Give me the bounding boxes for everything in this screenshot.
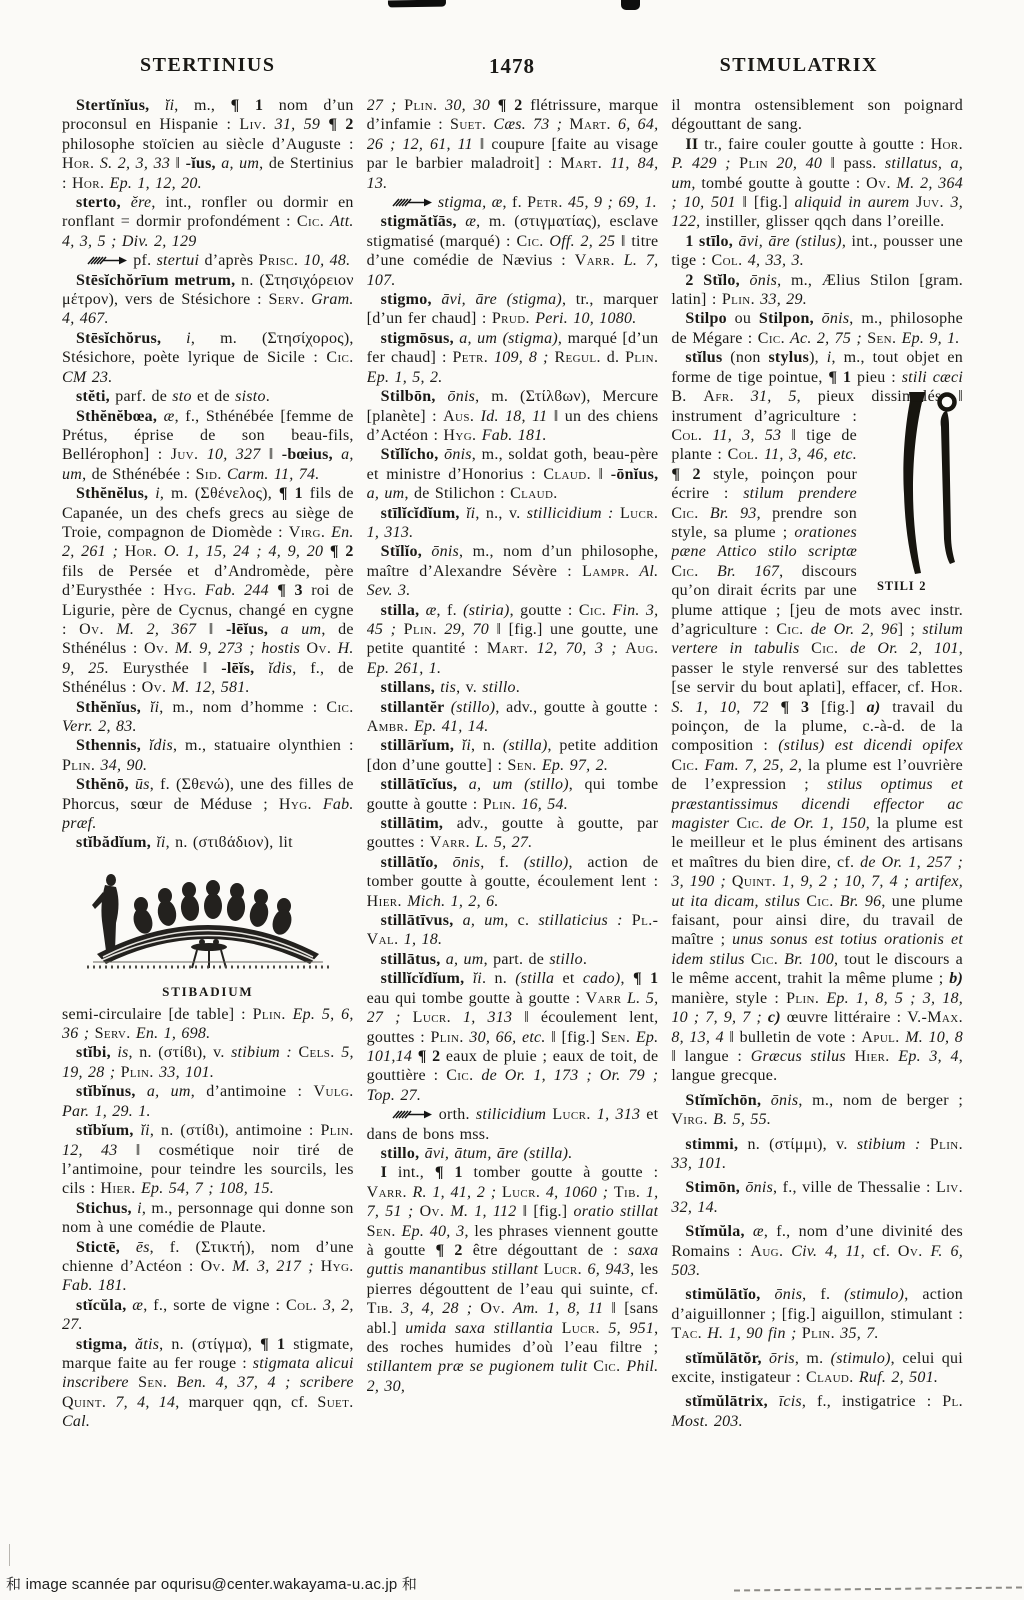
text-run: , n., v. (475, 505, 526, 522)
text-run: Hor. (931, 679, 963, 696)
text-run: Lucr. (620, 505, 658, 522)
text-run: ĭdis (149, 737, 173, 754)
text-run: ‖ bulletin de vote : (729, 1029, 861, 1046)
text-run: , part. de (484, 951, 550, 968)
text-run: Stēsĭchŏrīum metrum, (76, 272, 241, 289)
dictionary-entry: stigma, æ, f. Petr. 45, 9 ; 69, 1. (367, 193, 659, 212)
text-run: Plin. (483, 796, 516, 813)
text-run: ‖ (175, 155, 185, 172)
text-run: Suet. (317, 1394, 353, 1411)
text-run: Mich. 1, 2, 6. (402, 893, 499, 910)
dictionary-entry: il montra ostensiblement son poignard dé… (671, 96, 963, 135)
text-run: 20, 40 (768, 155, 831, 172)
text-run: a, um (367, 485, 405, 502)
text-run: , c. (504, 912, 538, 929)
text-run: , n. (στιϐάδιον), lit (166, 834, 293, 851)
remark-arrow-icon (86, 251, 128, 270)
text-run: ĭi (140, 1122, 149, 1139)
text-run: Sen. (138, 1374, 167, 1391)
text-run: Sen. (867, 330, 896, 347)
text-run: ōnis (447, 388, 475, 405)
text-run: Ep. 40, 3 (396, 1223, 465, 1240)
text-run: cado) (583, 970, 621, 987)
text-run: Stĭmŭla, (685, 1223, 753, 1240)
text-run: ¶ 2 (330, 543, 354, 560)
dictionary-entry: II tr., faire couler goutte à goutte : H… (671, 135, 963, 232)
dictionary-entry: stigmo, āvi, āre (stigma), tr., marquer … (367, 290, 659, 329)
text-run: stigmōsus, (381, 330, 460, 347)
text-run: Ben. 4, 37, 4 ; scribere (167, 1374, 353, 1391)
text-run: Sen. (601, 1029, 630, 1046)
text-run: stillātīvus, (381, 912, 463, 929)
text-run: stilicidium (476, 1106, 552, 1123)
text-run: Plin. (121, 1064, 154, 1081)
text-run: 8, 13, 4 (671, 1029, 729, 1046)
text-run: stillārĭum, (381, 737, 462, 754)
text-run: stimŭlātĭo, (685, 1286, 774, 1303)
text-run: , v. (456, 679, 482, 696)
text-run: -ōnĭus, (611, 466, 659, 483)
text-run: Apul. (861, 1029, 899, 1046)
text-run: ōnis (822, 310, 850, 327)
text-run: ĭi (466, 505, 475, 522)
text-run: Lampr. (582, 563, 629, 580)
text-run: Liv. (239, 116, 266, 133)
text-run: En. 1, 698. (131, 1025, 211, 1042)
dictionary-entry: Sthĕnō, ūs, f. (Σθενώ), une des filles d… (62, 775, 354, 833)
text-run: Hyg. (443, 427, 476, 444)
dictionary-entry: stillātīcĭus, a, um (stillo), qui tombe … (367, 775, 659, 814)
text-run: stillantem præ se pugionem tulit (367, 1358, 594, 1375)
text-run: Stictē, (76, 1239, 136, 1256)
text-run: Fab. 244 (197, 582, 278, 599)
text-run: œuvre littéraire : (787, 1009, 907, 1026)
text-run: sto (172, 388, 191, 405)
text-run: Quint. (62, 1394, 106, 1411)
text-run: CM 23. (62, 369, 113, 386)
text-run: Serv. (268, 291, 304, 308)
text-run: ĭi (473, 970, 482, 987)
text-run: stillicidium : (527, 505, 620, 522)
text-run: stigma, (76, 1336, 135, 1353)
dictionary-entry: stillārĭum, ĭi, n. (stilla), petite addi… (367, 736, 659, 775)
text-run: Stĭlĭo, (381, 543, 432, 560)
text-run: Am. 1, 8, 11 (505, 1300, 611, 1317)
text-run: Plin. (320, 1122, 353, 1139)
text-run: ĭi (165, 97, 174, 114)
text-run: Ep. 54, 7 ; 108, 15. (136, 1180, 274, 1197)
text-run: stīlĭcĭdĭum, (381, 505, 466, 522)
dictionary-entry: Stĭmĭchōn, ōnis, m., nom de berger ; Vir… (671, 1091, 963, 1130)
text-run: stibium : (857, 1136, 930, 1153)
text-run: ĭi (156, 834, 165, 851)
text-run: Carm. 11, 74. (222, 466, 320, 483)
text-run: [fig.] (821, 699, 867, 716)
text-run: Peri. 10, 1080. (530, 310, 637, 327)
dictionary-entry: orth. stilicidium Lucr. 1, 313 et dans d… (367, 1105, 659, 1144)
text-run: , f., sorte de vigne : (143, 1297, 286, 1314)
text-run: Hor. (931, 136, 963, 153)
dictionary-entry: semi-circulaire [de table] : Plin. Ep. 5… (62, 1005, 354, 1044)
dictionary-entry: stigma, ătis, n. (στίγμα), ¶ 1 stigmate,… (62, 1335, 354, 1432)
text-run: 1 stīlo, (685, 233, 738, 250)
text-run: Ov. (201, 1258, 226, 1275)
text-run: Hyg. (279, 796, 312, 813)
text-run: être dégouttant de : (473, 1242, 628, 1259)
text-run: -bœius, (282, 446, 341, 463)
dictionary-entry: stĭbi, is, n. (στίϐι), v. stibium : Cels… (62, 1043, 354, 1082)
text-run: et de (192, 388, 235, 405)
text-run: Cic. (758, 330, 785, 347)
text-run: , d’antimoine : (191, 1083, 314, 1100)
dictionary-entry: stimŭlātĭo, ōnis, f. (stimulo), action d… (671, 1285, 963, 1343)
text-run: Cic. (297, 213, 324, 230)
text-run: manière, style : (671, 990, 786, 1007)
dictionary-entry: Stĭlĭcho, ōnis, m., soldat goth, beau-pè… (367, 445, 659, 503)
text-run: 4, 1060 ; (540, 1184, 614, 1201)
text-run: 10, 48. (298, 252, 350, 269)
text-run: ¶ 2 (418, 1048, 446, 1065)
dictionary-entry: stilla, æ, f. (stiria), goutte : Cic. Fi… (367, 601, 659, 679)
text-run: Lucr. (562, 1320, 600, 1337)
text-run: tombé goutte à goutte : (696, 175, 866, 192)
text-run: Most. 203. (671, 1413, 743, 1430)
text-run: Græcus stilus (751, 1048, 855, 1065)
text-run: Col. (728, 446, 759, 463)
text-run: Tac. (671, 1325, 702, 1342)
text-run: M. 1, 112 (444, 1203, 522, 1220)
text-run: stillātīcĭus, (381, 776, 469, 793)
dictionary-entry: stigmătĭās, æ, m. (στιγματίας), esclave … (367, 212, 659, 290)
text-run: Cæs. 73 ; (486, 116, 569, 133)
text-run: O. 1, 15, 24 ; 4, 9, 20 (157, 543, 330, 560)
text-run: Virg. (671, 1111, 708, 1128)
text-run: Off. 2, 25 (544, 233, 621, 250)
text-run: Varr. (367, 1184, 407, 1201)
text-run: H. 1, 90 fin ; (702, 1325, 802, 1342)
text-run: , m., nom de berger ; (798, 1092, 963, 1109)
text-run: Hyg. (164, 582, 197, 599)
text-run: Stilpon, (759, 310, 822, 327)
dictionary-entry: stĭmŭlātŏr, ōris, m. (stimulo), celui qu… (671, 1349, 963, 1388)
text-run: stillantĕr (381, 699, 451, 716)
text-run: Sen. (507, 757, 536, 774)
text-run: ] ; (898, 621, 923, 638)
text-run: Sthennis, (76, 737, 149, 754)
text-run: Lucr. (544, 1261, 582, 1278)
text-run: Stilbōn, (381, 388, 448, 405)
text-run: de Or. 2, 96 (804, 621, 898, 638)
dictionary-column-right: il montra ostensiblement son poignard dé… (671, 96, 963, 1558)
text-run: stylus (768, 349, 809, 366)
text-run: stillaticius : (538, 912, 631, 929)
text-run: , marquer qqn, cf. (175, 1394, 317, 1411)
text-run: Cal. (62, 1413, 90, 1430)
text-run: ōnis (431, 543, 459, 560)
text-run: , f. (480, 854, 524, 871)
text-run: V.-Max. (907, 1009, 963, 1026)
text-run: ¶ 3 (277, 582, 311, 599)
text-run: ōnis (453, 854, 481, 871)
text-run: 33, 29. (755, 291, 807, 308)
text-run: Plin. (431, 1029, 464, 1046)
text-run: Afr. (703, 388, 734, 405)
text-run: stĭbădĭum, (76, 834, 156, 851)
text-run: 31, 5 (734, 388, 797, 405)
text-run: stigma, æ (433, 194, 503, 211)
text-run: Verr. 2, 83. (62, 718, 137, 735)
text-run: 12, 43 (62, 1142, 136, 1159)
text-run: Ep. 3, 4 (890, 1048, 959, 1065)
text-run: ), (809, 349, 827, 366)
text-run: Col. (286, 1297, 317, 1314)
text-run: Juv. (916, 194, 944, 211)
text-run: sisto (235, 388, 266, 405)
text-run: Lucr. (502, 1184, 540, 1201)
text-run: parf. de (115, 388, 172, 405)
text-run: Cic. (736, 815, 763, 832)
dictionary-entry: Sthĕnĕbœa, æ, f., Sthénébée [femme de Pr… (62, 407, 354, 485)
text-run: , n. (471, 737, 503, 754)
text-run: 33, 101. (671, 1155, 726, 1172)
text-run: Ep. 1, 12, 20. (104, 175, 202, 192)
text-run: Stilpo (685, 310, 734, 327)
text-run: ‖ (269, 446, 282, 463)
text-run: ¶ 1 (231, 97, 279, 114)
text-run: ōnis (775, 1286, 803, 1303)
guide-word-left: STERTINIUS (140, 54, 275, 77)
text-run: Tib. (614, 1184, 640, 1201)
dictionary-entry: Stertĭnĭus, ĭi, m., ¶ 1 nom d’un procons… (62, 96, 354, 193)
dictionary-entry: Stĭlĭo, ōnis, m., nom d’un philosophe, m… (367, 542, 659, 600)
text-run: , de Stilichon : (404, 485, 510, 502)
text-run: 4, 33, 3. (742, 252, 804, 269)
text-run: Serv. (95, 1025, 131, 1042)
dictionary-entry: stĭmŭlātrix, īcis, f., instigatrice : Pl… (671, 1392, 963, 1431)
text-run: stĭmŭlātŏr, (685, 1350, 769, 1367)
text-run: Hier. (100, 1180, 135, 1197)
text-run: stillātĭo, (381, 854, 453, 871)
text-run: Ov. (142, 679, 167, 696)
text-run: , goutte : (510, 602, 579, 619)
text-run: 6, 943 (582, 1261, 630, 1278)
text-run: ¶ 1 (435, 1164, 474, 1181)
text-run: Mart. (569, 116, 611, 133)
text-run: ĭdis (268, 660, 292, 677)
text-run: tis (440, 679, 456, 696)
text-run: Ov. (144, 640, 169, 657)
text-run: æ (132, 1297, 143, 1314)
text-run: Virg. (289, 524, 326, 541)
text-run: Hor. (72, 175, 104, 192)
text-run: āvi, āre (stilus) (738, 233, 841, 250)
dictionary-entry: stillĭcĭdĭum, ĭi. n. (stilla et cado), ¶… (367, 969, 659, 1105)
text-run: stillans, (381, 679, 441, 696)
text-run: ¶ 2 (328, 116, 353, 133)
text-run: -lēĭs, (221, 660, 268, 677)
text-run: 1, 313 (451, 1009, 524, 1026)
text-run: (stillo) (524, 854, 569, 871)
text-run: , instiller, glisser qqch dans l’oreille… (696, 213, 944, 230)
text-run: stĭbĭum, (76, 1122, 140, 1139)
text-run: Aug. (750, 1243, 783, 1260)
text-run: Br. 100 (778, 951, 834, 968)
text-run: , n. (στίγμα), (159, 1336, 260, 1353)
text-run: Cic. (811, 640, 838, 657)
text-run: , m., (174, 97, 230, 114)
text-run: Quint. (732, 873, 776, 890)
text-run: pieu : (857, 369, 902, 386)
text-run: Pl. (942, 1393, 963, 1410)
dictionary-column-left: Stertĭnĭus, ĭi, m., ¶ 1 nom d’un procons… (62, 96, 354, 1558)
text-run: 16, 54. (516, 796, 568, 813)
text-run: stigmo, (381, 291, 442, 308)
text-run: b) (949, 970, 963, 987)
text-run: 1, 313. (367, 524, 414, 541)
dictionary-entry: Sthĕnĕlus, i, m. (Σθένελος), ¶ 1 fils de… (62, 484, 354, 697)
text-run: a, um (147, 1083, 191, 1100)
text-run: , f. (437, 602, 464, 619)
text-run: Stēsĭchŏrus, (76, 330, 186, 347)
text-run: stibium : (231, 1044, 298, 1061)
text-run: Cic. (776, 621, 803, 638)
text-run: Cic. (671, 757, 698, 774)
text-run: c) (768, 1009, 787, 1026)
text-run: Cic. (671, 505, 698, 522)
text-run: ĭi (462, 737, 471, 754)
text-run: stillātim, (381, 815, 457, 832)
text-run: stĭmŭlātrix, (685, 1393, 778, 1410)
text-run: ¶ 2 (671, 466, 713, 483)
text-run: Br. 96 (834, 893, 882, 910)
text-run: Petr. (453, 349, 489, 366)
text-run: ūs (135, 776, 150, 793)
text-run: M. 10, 8 (900, 1029, 963, 1046)
text-run: ‖ (591, 466, 611, 483)
text-run: Prud. (492, 310, 530, 327)
text-run: æ (164, 408, 175, 425)
text-run: Ep. 9, 1. (896, 330, 959, 347)
text-run: n. (στίμμι), v. (747, 1136, 856, 1153)
text-run: Hor. (62, 155, 94, 172)
text-run: Cic. (326, 349, 353, 366)
text-run: 30, 66, etc. (464, 1029, 551, 1046)
text-run: (stilla (515, 970, 554, 987)
text-run: stĭbĭnus, (76, 1083, 147, 1100)
text-run: Mart. (487, 640, 529, 657)
text-run: , cf. (861, 1243, 898, 1260)
text-run: B. 5, 55. (708, 1111, 771, 1128)
scan-artifact (621, 0, 640, 10)
text-run: ēs (136, 1239, 150, 1256)
scan-artifact (734, 1586, 1022, 1591)
text-run: ¶ 3 (780, 699, 821, 716)
text-run: semi-circulaire [de table] : (62, 1006, 253, 1023)
text-run: aliquid in aurem (795, 194, 917, 211)
text-run: stilla, (381, 602, 426, 619)
dictionary-entry: sterto, ĕre, int., ronfler ou dormir en … (62, 193, 354, 251)
text-run: . (266, 388, 270, 405)
text-run: Prisc. (259, 252, 299, 269)
text-run: Br. 167 (699, 563, 779, 580)
text-run: oratio stillat (573, 1203, 658, 1220)
text-run: 27 ; (367, 97, 404, 114)
text-run: Vulg. (314, 1083, 354, 1100)
text-run: d’après (199, 252, 258, 269)
text-run: int., (398, 1164, 435, 1181)
text-run: ōnis (444, 446, 472, 463)
dictionary-column-middle: 27 ; Plin. 30, 30 ¶ 2 flétrissure, marqu… (367, 96, 659, 1558)
text-run: Plin. (802, 1325, 835, 1342)
text-run: B. (671, 388, 703, 405)
text-run: ĭi (150, 699, 159, 716)
text-run: Ov. (898, 1243, 923, 1260)
text-run: stĭlus (685, 349, 730, 366)
text-run: Varr (586, 990, 622, 1007)
dictionary-entry: stillātus, a, um, part. de stillo. (367, 950, 659, 969)
text-run: āvi, āre (stigma) (441, 291, 562, 308)
text-run: Ov. (866, 175, 891, 192)
text-run: Ov. (420, 1203, 445, 1220)
text-run: Cic. (326, 699, 353, 716)
text-run: , m. (Σθένελος), (160, 485, 279, 502)
dictionary-entry: 2 Stĭlo, ōnis, m., Ælius Stilon [gram. l… (671, 271, 963, 310)
text-run: de Or. 1, 150 (764, 815, 866, 832)
text-run: Claud. (510, 485, 558, 502)
text-run: Ov. (480, 1300, 505, 1317)
text-run: Civ. 4, 11 (783, 1243, 860, 1260)
text-run: Ep. 261, 1. (367, 660, 442, 677)
text-run: Cic. (806, 893, 833, 910)
text-run: Cic. (516, 233, 543, 250)
text-run: a, um (221, 155, 259, 172)
dictionary-entry: stigmōsus, a, um (stigma), marqué [d’un … (367, 329, 659, 387)
text-run: Hier. (854, 1048, 889, 1065)
text-run: a, um (stigma) (459, 330, 558, 347)
text-run: Sthĕnĕbœa, (76, 408, 164, 425)
text-run: , m., statuaire olynthien : (173, 737, 354, 754)
text-run: Cic. (593, 1358, 620, 1375)
remark-arrow-icon (391, 193, 433, 212)
text-run: Stertĭnĭus, (76, 97, 165, 114)
text-run: Plin. (625, 349, 658, 366)
text-run: Ac. 2, 75 ; (785, 330, 867, 347)
text-run: eau qui tombe goutte à goutte : (367, 990, 586, 1007)
text-run: Hier. (367, 893, 402, 910)
text-run: 7, 4, 14 (106, 1394, 175, 1411)
text-run: 1, 313 (591, 1106, 640, 1123)
text-run: , f., ville de Thessalie : (773, 1179, 936, 1196)
dictionary-entry: stillans, tis, v. stillo. (367, 678, 659, 697)
text-run: 35, 7. (835, 1325, 879, 1342)
text-run: ‖ pass. (831, 155, 885, 172)
text-run: ¶ 1 (828, 369, 857, 386)
text-run: 32, 14. (671, 1199, 718, 1216)
dictionary-entry: Stĭmŭla, æ, f., nom d’une divinité des R… (671, 1222, 963, 1280)
text-run: ou (735, 310, 759, 327)
text-run: 2 Stĭlo, (685, 272, 749, 289)
text-run: a um (281, 621, 322, 638)
text-run: , f., instigatrice : (802, 1393, 942, 1410)
dictionary-entry: stĭbădĭum, ĭi, n. (στιϐάδιον), lit (62, 833, 354, 852)
text-run: Stĭlĭcho, (381, 446, 444, 463)
text-run: stillo (549, 951, 583, 968)
text-run: ‖ [fig.] (523, 1203, 574, 1220)
text-run: I (381, 1164, 398, 1181)
text-run: Br. 93 (699, 505, 757, 522)
text-run: Cic. (671, 563, 698, 580)
text-run: , n. (στίϐι), v. (129, 1044, 232, 1061)
